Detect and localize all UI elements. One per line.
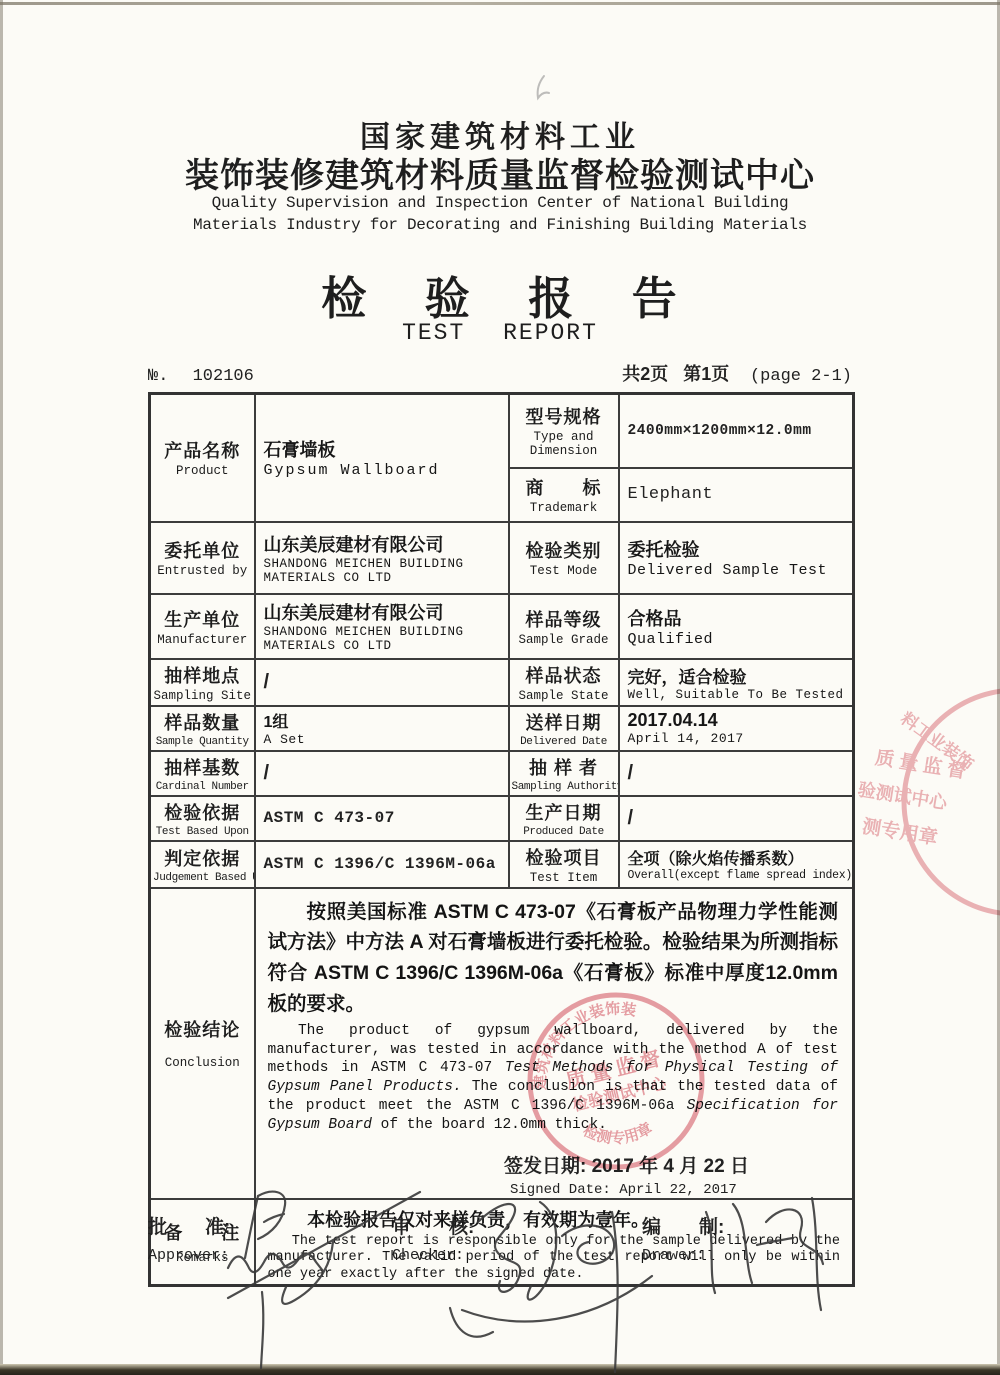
org-name-en-line1: Quality Supervision and Inspection Cente… <box>0 194 1000 212</box>
type-dimension-label-en: Type and Dimension <box>512 430 616 458</box>
manufacturer-label-cn: 生产单位 <box>153 606 252 632</box>
field-remarks-body: 本检验报告仅对来样负责，有效期为壹年。 The test report is r… <box>255 1199 854 1286</box>
sample-grade-label-cn: 样品等级 <box>512 606 616 632</box>
trademark-value: Elephant <box>628 485 845 504</box>
test-mode-label-cn: 检验类别 <box>512 537 616 563</box>
field-manufacturer-value: 山东美辰建材有限公司 SHANDONG MEICHEN BUILDING MAT… <box>255 594 509 659</box>
checker-block: 审 核: Checker: <box>392 1212 474 1264</box>
field-test-based-value: ASTM C 473-07 <box>255 796 509 841</box>
judgement-label-en: Judgement Based Upon <box>153 872 252 884</box>
judgement-label-cn: 判定依据 <box>153 845 252 871</box>
test-based-value: ASTM C 473-07 <box>264 809 500 827</box>
product-value-en: Gypsum Wallboard <box>264 462 500 479</box>
sample-grade-label-en: Sample Grade <box>512 633 616 647</box>
scan-edge-top <box>0 2 1000 5</box>
field-trademark-value: Elephant <box>619 468 854 522</box>
test-based-label-en: Test Based Upon <box>153 826 252 838</box>
seal-right-line2: 验测试中心 <box>857 778 950 813</box>
delivered-date-label-cn: 送样日期 <box>512 709 616 735</box>
pagination-en: (page 2-1) <box>750 367 852 386</box>
test-based-label-cn: 检验依据 <box>153 799 252 825</box>
produced-date-label-en: Produced Date <box>512 826 616 838</box>
manufacturer-value-cn: 山东美辰建材有限公司 <box>264 599 500 625</box>
sample-grade-value-cn: 合格品 <box>628 605 845 631</box>
field-conclusion-body: 按照美国标准 ASTM C 473-07《石膏板产品物理力学性能测试方法》中方法… <box>255 888 854 1199</box>
sampling-site-label-cn: 抽样地点 <box>153 662 252 688</box>
report-number-row: №. 102106 共2页 第1页 (page 2-1) <box>148 360 852 386</box>
field-cardinal-value: / <box>255 751 509 796</box>
sample-qty-value-en: A Set <box>264 732 500 747</box>
field-entrusted-label: 委托单位 Entrusted by <box>150 522 255 594</box>
field-type-dimension-label: 型号规格 Type and Dimension <box>509 394 619 468</box>
conclusion-label-en: Conclusion <box>153 1056 252 1070</box>
field-test-item-label: 检验项目 Test Item <box>509 841 619 888</box>
trademark-label-en: Trademark <box>512 501 616 515</box>
drawer-label-en: Drawer: <box>642 1247 724 1264</box>
scan-edge-bottom <box>0 1364 1000 1375</box>
field-sample-state-value: 完好，适合检验 Well, Suitable To Be Tested <box>619 659 854 706</box>
field-delivered-date-value: 2017.04.14 April 14, 2017 <box>619 706 854 751</box>
sampling-auth-label-cn: 抽 样 者 <box>512 754 616 780</box>
field-sample-state-label: 样品状态 Sample State <box>509 659 619 706</box>
sampling-site-label-en: Sampling Site <box>153 689 252 703</box>
product-value-cn: 石膏墙板 <box>264 436 500 462</box>
pagination: 共2页 第1页 (page 2-1) <box>622 360 852 386</box>
report-number: №. 102106 <box>148 367 254 386</box>
report-title-en: TEST REPORT <box>0 320 1000 346</box>
remarks-body-en: The test report is responsible only for … <box>268 1234 841 1284</box>
test-report-page: 国家建筑材料工业 装饰装修建筑材料质量监督检验测试中心 Quality Supe… <box>0 0 1000 1375</box>
org-name-cn-line2: 装饰装修建筑材料质量监督检验测试中心 <box>0 148 1000 197</box>
trademark-label-cn: 商 标 <box>512 474 616 500</box>
seal-right-arc-text: 料工业装饰 <box>897 708 978 774</box>
field-entrusted-value: 山东美辰建材有限公司 SHANDONG MEICHEN BUILDING MAT… <box>255 522 509 594</box>
field-sampling-site-label: 抽样地点 Sampling Site <box>150 659 255 706</box>
type-dimension-value: 2400mm×1200mm×12.0mm <box>628 423 845 439</box>
seal-right-line1: 质 量 监 督 <box>874 746 968 783</box>
sample-state-label-en: Sample State <box>512 689 616 703</box>
org-name-en-line2: Materials Industry for Decorating and Fi… <box>0 216 1000 234</box>
product-label-cn: 产品名称 <box>153 437 252 463</box>
report-table: 产品名称 Product 石膏墙板 Gypsum Wallboard 型号规格 … <box>148 392 855 1287</box>
test-item-value-cn: 全项（除火焰传播系数） <box>628 846 845 869</box>
field-trademark-label: 商 标 Trademark <box>509 468 619 522</box>
official-seal-right-edge: 料工业装饰 质 量 监 督 验测试中心 测专用章 <box>855 662 1000 922</box>
report-number-value: 102106 <box>193 367 254 386</box>
test-item-value-en: Overall(except flame spread index) <box>628 869 845 882</box>
seal-right-line3: 测专用章 <box>861 814 940 849</box>
product-label-en: Product <box>153 464 252 478</box>
field-test-based-label: 检验依据 Test Based Upon <box>150 796 255 841</box>
field-judgement-value: ASTM C 1396/C 1396M-06a <box>255 841 509 888</box>
sample-qty-label-cn: 样品数量 <box>153 709 252 735</box>
conclusion-en-part3: of the board 12.0mm thick. <box>372 1117 607 1133</box>
field-judgement-label: 判定依据 Judgement Based Upon <box>150 841 255 888</box>
approver-block: 批 准: Approver: <box>148 1212 230 1264</box>
test-mode-label-en: Test Mode <box>512 564 616 578</box>
delivered-date-value-cn: 2017.04.14 <box>628 710 845 731</box>
sample-qty-value-cn: 1组 <box>264 709 500 732</box>
sample-state-value-en: Well, Suitable To Be Tested <box>628 688 845 702</box>
approver-label-en: Approver: <box>148 1247 230 1264</box>
pagination-cn: 共2页 第1页 <box>622 364 729 384</box>
field-test-mode-value: 委托检验 Delivered Sample Test <box>619 522 854 594</box>
conclusion-body-cn: 按照美国标准 ASTM C 473-07《石膏板产品物理力学性能测试方法》中方法… <box>268 897 839 1020</box>
field-sampling-auth-label: 抽 样 者 Sampling Authority <box>509 751 619 796</box>
sample-qty-label-en: Sample Quantity <box>153 736 252 748</box>
field-test-item-value: 全项（除火焰传播系数） Overall(except flame spread … <box>619 841 854 888</box>
checker-label-cn: 审 核: <box>392 1212 474 1239</box>
manufacturer-value-en: SHANDONG MEICHEN BUILDING MATERIALS CO L… <box>264 625 500 653</box>
sample-state-label-cn: 样品状态 <box>512 662 616 688</box>
entrusted-value-en: SHANDONG MEICHEN BUILDING MATERIALS CO L… <box>264 557 500 585</box>
field-type-dimension-value: 2400mm×1200mm×12.0mm <box>619 394 854 468</box>
test-mode-value-cn: 委托检验 <box>628 536 845 562</box>
seal-right-ring <box>888 674 1000 917</box>
sample-state-value-cn: 完好，适合检验 <box>628 663 845 688</box>
signed-date-block: 签发日期: 2017 年 4 月 22 日 Signed Date: April… <box>504 1151 786 1198</box>
report-title-cn: 检 验 报 告 <box>0 262 1000 327</box>
produced-date-label-cn: 生产日期 <box>512 799 616 825</box>
field-test-mode-label: 检验类别 Test Mode <box>509 522 619 594</box>
field-product-label: 产品名称 Product <box>150 394 255 522</box>
drawer-block: 编 制: Drawer: <box>642 1212 724 1264</box>
field-sample-qty-value: 1组 A Set <box>255 706 509 751</box>
field-sampling-auth-value: / <box>619 751 854 796</box>
cardinal-label-cn: 抽样基数 <box>153 754 252 780</box>
produced-date-value: / <box>628 807 845 830</box>
checker-label-en: Checker: <box>392 1247 474 1264</box>
conclusion-label-cn: 检验结论 <box>153 1016 252 1042</box>
sampling-auth-label-en: Sampling Authority <box>512 781 616 793</box>
manufacturer-label-en: Manufacturer <box>153 633 252 647</box>
test-item-label-en: Test Item <box>512 871 616 885</box>
field-manufacturer-label: 生产单位 Manufacturer <box>150 594 255 659</box>
field-sample-grade-label: 样品等级 Sample Grade <box>509 594 619 659</box>
type-dimension-label-cn: 型号规格 <box>512 403 616 429</box>
field-product-value: 石膏墙板 Gypsum Wallboard <box>255 394 509 522</box>
drawer-label-cn: 编 制: <box>642 1212 724 1239</box>
cardinal-value: / <box>264 762 500 785</box>
delivered-date-label-en: Delivered Date <box>512 736 616 748</box>
signed-date-cn: 签发日期: 2017 年 4 月 22 日 <box>504 1151 786 1178</box>
sampling-site-value: / <box>264 671 500 694</box>
field-cardinal-label: 抽样基数 Cardinal Number <box>150 751 255 796</box>
field-conclusion-label: 检验结论 Conclusion <box>150 888 255 1199</box>
test-mode-value-en: Delivered Sample Test <box>628 562 845 579</box>
field-produced-date-label: 生产日期 Produced Date <box>509 796 619 841</box>
field-delivered-date-label: 送样日期 Delivered Date <box>509 706 619 751</box>
field-sample-grade-value: 合格品 Qualified <box>619 594 854 659</box>
pen-artifact <box>520 68 560 112</box>
field-sample-qty-label: 样品数量 Sample Quantity <box>150 706 255 751</box>
conclusion-body-en: The product of gypsum wallboard, deliver… <box>268 1022 839 1135</box>
cardinal-label-en: Cardinal Number <box>153 781 252 793</box>
signed-date-en: Signed Date: April 22, 2017 <box>504 1182 786 1198</box>
field-produced-date-value: / <box>619 796 854 841</box>
entrusted-label-en: Entrusted by <box>153 564 252 578</box>
remarks-body-cn: 本检验报告仅对来样负责，有效期为壹年。 <box>268 1206 841 1232</box>
report-number-label: №. <box>148 367 168 386</box>
sample-grade-value-en: Qualified <box>628 631 845 648</box>
sampling-auth-value: / <box>628 762 845 785</box>
delivered-date-value-en: April 14, 2017 <box>628 731 845 746</box>
judgement-value: ASTM C 1396/C 1396M-06a <box>264 855 500 873</box>
test-item-label-cn: 检验项目 <box>512 844 616 870</box>
entrusted-label-cn: 委托单位 <box>153 537 252 563</box>
approver-label-cn: 批 准: <box>148 1212 230 1239</box>
entrusted-value-cn: 山东美辰建材有限公司 <box>264 531 500 557</box>
field-sampling-site-value: / <box>255 659 509 706</box>
